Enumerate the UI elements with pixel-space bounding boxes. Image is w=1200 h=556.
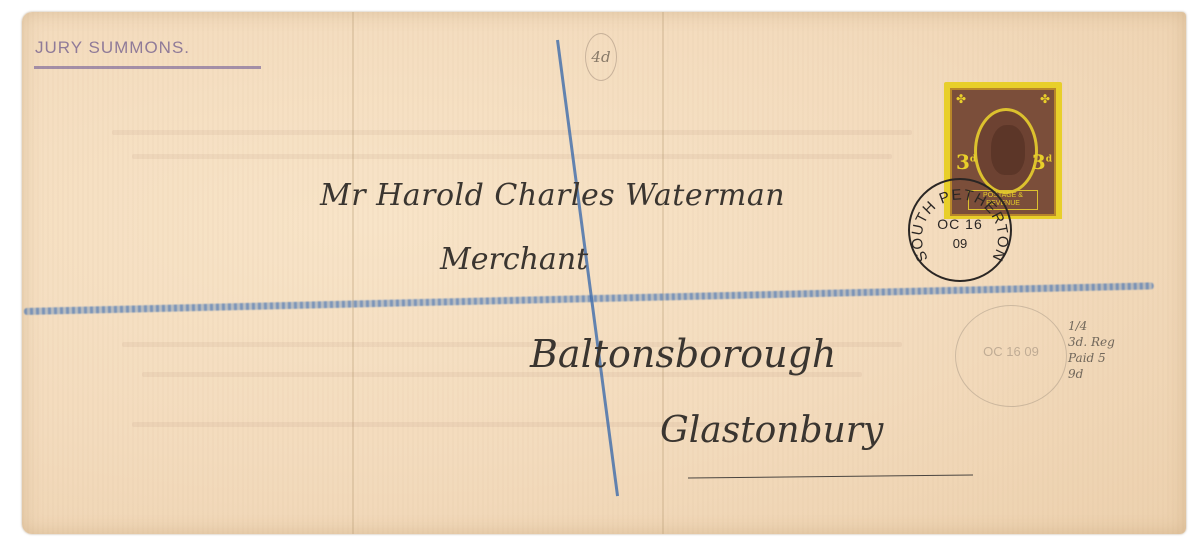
address-town: Baltonsborough	[530, 332, 836, 376]
fold-crease	[352, 12, 354, 534]
show-through-text	[132, 422, 732, 427]
jury-summons-underline	[34, 66, 261, 69]
stamp-ornament-icon: ✤	[1038, 92, 1052, 106]
king-portrait-icon	[991, 125, 1025, 175]
postmark: SOUTH PETHERTON OC 16 09	[908, 178, 1012, 282]
postmark-date: OC 16	[910, 216, 1010, 232]
addressee-occupation: Merchant	[440, 242, 588, 277]
show-through-text	[132, 154, 892, 159]
show-through-text	[112, 130, 912, 135]
fold-crease	[662, 12, 664, 534]
addressee-name: Mr Harold Charles Waterman	[320, 178, 785, 213]
backstamp-date: OC 16 09	[956, 344, 1066, 359]
jury-summons-stamp: JURY SUMMONS.	[35, 38, 190, 58]
postmark-year: 09	[910, 236, 1010, 251]
pencil-annotations: 1/4 3d. Reg Paid 5 9d	[1068, 318, 1115, 382]
circled-postage-note: 4d	[585, 33, 617, 81]
faint-backstamp: OC 16 09	[955, 305, 1067, 407]
stamp-value-right: 3d	[1032, 150, 1052, 174]
stamp-ornament-icon: ✤	[954, 92, 968, 106]
address-county-town: Glastonbury	[660, 410, 883, 451]
stamp-value-left: 3d	[956, 150, 976, 174]
